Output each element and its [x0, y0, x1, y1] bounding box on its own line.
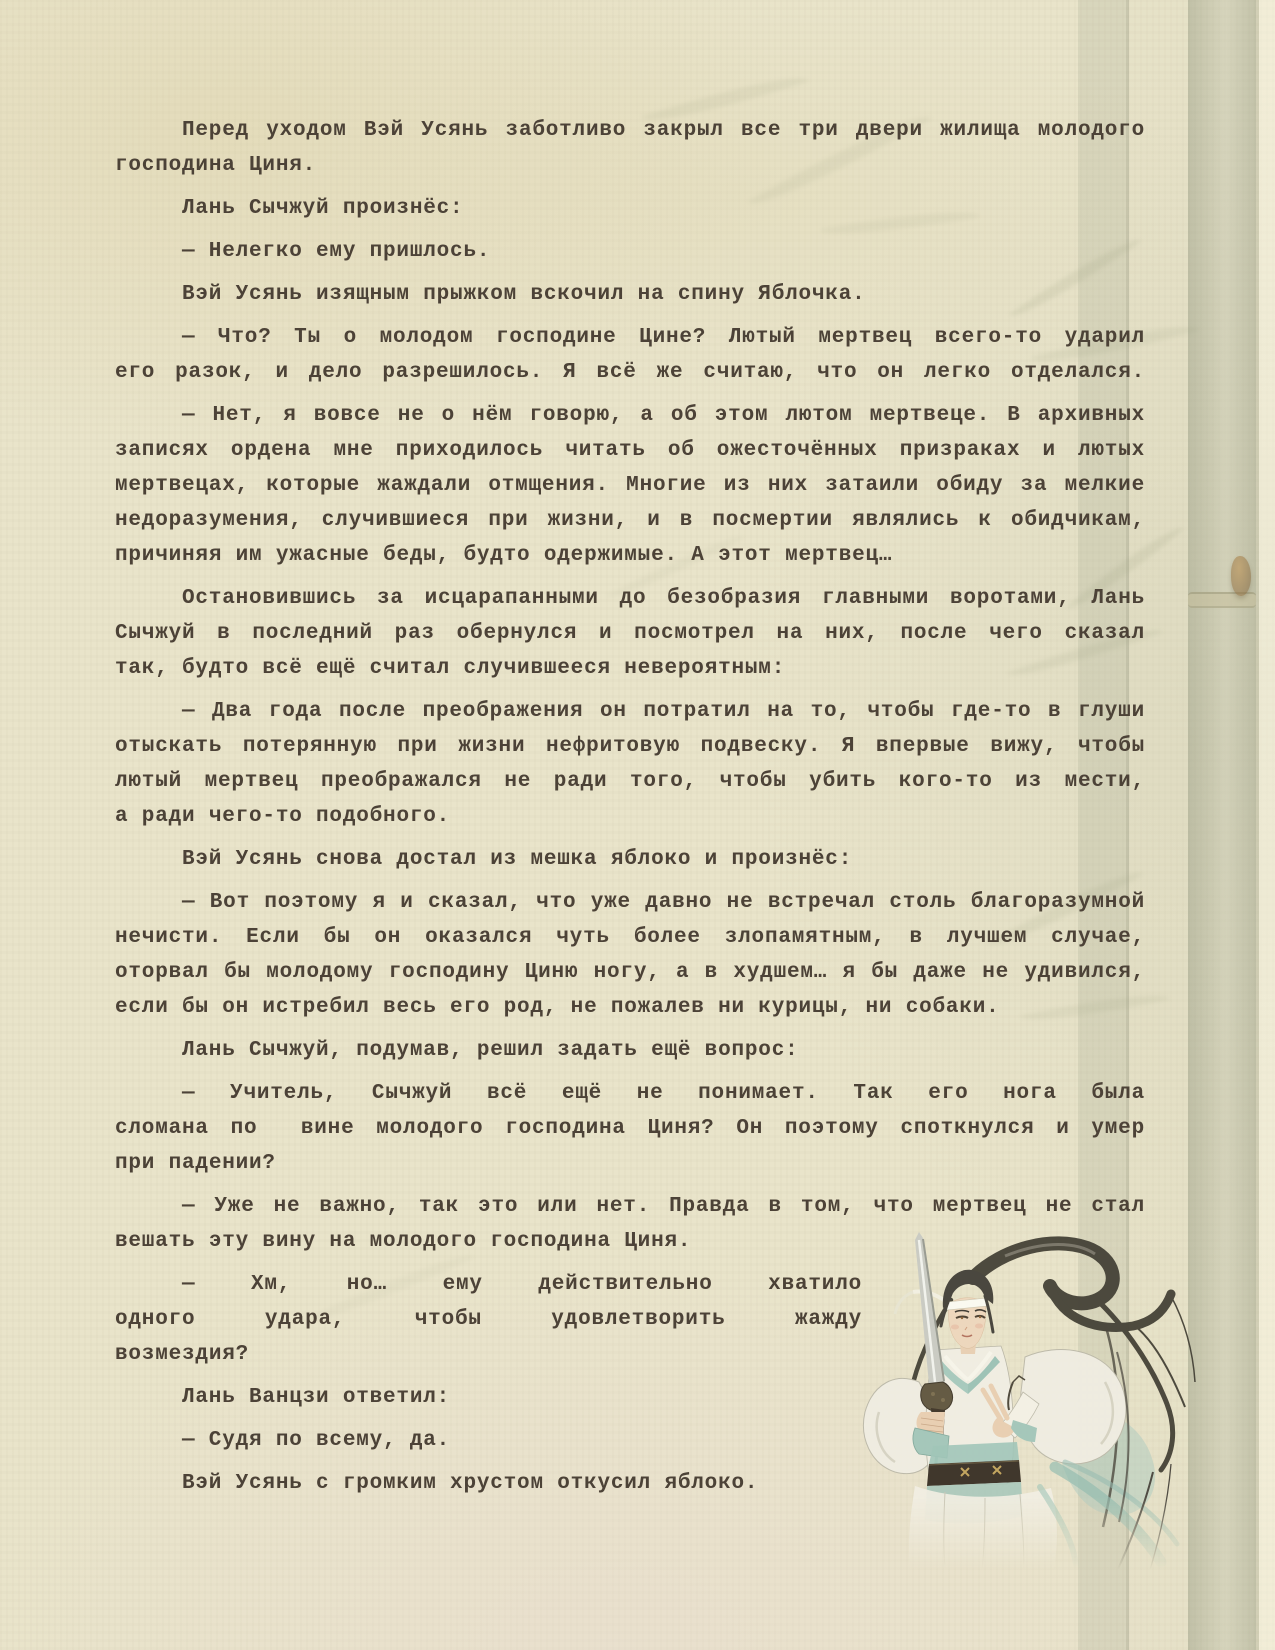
- paragraph: — Нелегко ему пришлось.: [115, 234, 1145, 269]
- paragraph: Лань Сычжуй, подумав, решил задать ещё в…: [115, 1033, 1145, 1068]
- text-line: — Учитель, Сычжуй всё ещё не понимает. Т…: [115, 1076, 1145, 1111]
- text-line: отыскать потерянную при жизни нефритовую…: [115, 729, 1145, 764]
- text-line: Лань Ванцзи ответил:: [115, 1380, 1145, 1415]
- text-line: Вэй Усянь с громким хрустом откусил ябло…: [115, 1466, 1145, 1501]
- paragraph: — Уже не важно, так это или нет. Правда …: [115, 1189, 1145, 1259]
- paragraph: Лань Ванцзи ответил:: [115, 1380, 1145, 1415]
- text-line: а ради чего-то подобного.: [115, 799, 1145, 834]
- text-line: господина Циня.: [115, 148, 1145, 183]
- text-line: если бы он истребил весь его род, не пож…: [115, 990, 1145, 1025]
- text-line: — Нелегко ему пришлось.: [115, 234, 1145, 269]
- bamboo-node: [1188, 592, 1256, 608]
- text-line: возмездия?: [115, 1337, 862, 1372]
- text-line: при падении?: [115, 1146, 1145, 1181]
- text-line: так, будто всё ещё считал случившееся не…: [115, 651, 1145, 686]
- paragraph: Вэй Усянь изящным прыжком вскочил на спи…: [115, 277, 1145, 312]
- text-line: Лань Сычжуй произнёс:: [115, 191, 1145, 226]
- text-line: записях ордена мне приходилось читать об…: [115, 433, 1145, 468]
- paragraph: — Два года после преображения он потрати…: [115, 694, 1145, 834]
- paragraph: — Учитель, Сычжуй всё ещё не понимает. Т…: [115, 1076, 1145, 1181]
- text-line: мертвецах, которые жаждали отмщения. Мно…: [115, 468, 1145, 503]
- text-line: — Нет, я вовсе не о нём говорю, а об это…: [115, 398, 1145, 433]
- book-page: Перед уходом Вэй Усянь заботливо закрыл …: [0, 0, 1275, 1650]
- paragraph: Остановившись за исцарапанными до безобр…: [115, 581, 1145, 686]
- text-line: оторвал бы молодому господину Циню ногу,…: [115, 955, 1145, 990]
- text-line: — Что? Ты о молодом господине Цине? Люты…: [115, 320, 1145, 355]
- paragraph: — Что? Ты о молодом господине Цине? Люты…: [115, 320, 1145, 390]
- text-line: Вэй Усянь снова достал из мешка яблоко и…: [115, 842, 1145, 877]
- text-line: — Хм, но… ему действительно хватило: [115, 1267, 862, 1302]
- bamboo-stalk-shading: [1188, 0, 1256, 1650]
- text-line: Перед уходом Вэй Усянь заботливо закрыл …: [115, 113, 1145, 148]
- text-line: нечисти. Если бы он оказался чуть более …: [115, 920, 1145, 955]
- text-line: — Уже не важно, так это или нет. Правда …: [115, 1189, 1145, 1224]
- text-line: — Два года после преображения он потрати…: [115, 694, 1145, 729]
- text-line: его разок, и дело разрешилось. Я всё же …: [115, 355, 1145, 390]
- paragraph: — Судя по всему, да.: [115, 1423, 1145, 1458]
- text-line: Сычжуй в последний раз обернулся и посмо…: [115, 616, 1145, 651]
- text-line: Остановившись за исцарапанными до безобр…: [115, 581, 1145, 616]
- paragraph: — Вот поэтому я и сказал, что уже давно …: [115, 885, 1145, 1025]
- text-line: Лань Сычжуй, подумав, решил задать ещё в…: [115, 1033, 1145, 1068]
- paragraph: Перед уходом Вэй Усянь заботливо закрыл …: [115, 113, 1145, 183]
- text-line: причиняя им ужасные беды, будто одержимы…: [115, 538, 1145, 573]
- bamboo-branch-knob: [1231, 556, 1251, 596]
- text-line: лютый мертвец преображался не ради того,…: [115, 764, 1145, 799]
- paragraph: — Хм, но… ему действительно хватилоодног…: [115, 1267, 1145, 1372]
- story-text: Перед уходом Вэй Усянь заботливо закрыл …: [115, 113, 1145, 1509]
- text-line: вешать эту вину на молодого господина Ци…: [115, 1224, 1145, 1259]
- text-line: сломана по вине молодого господина Циня?…: [115, 1111, 1145, 1146]
- paragraph: — Нет, я вовсе не о нём говорю, а об это…: [115, 398, 1145, 573]
- text-line: недоразумения, случившиеся при жизни, и …: [115, 503, 1145, 538]
- text-line: — Вот поэтому я и сказал, что уже давно …: [115, 885, 1145, 920]
- paragraph: Вэй Усянь снова достал из мешка яблоко и…: [115, 842, 1145, 877]
- text-line: Вэй Усянь изящным прыжком вскочил на спи…: [115, 277, 1145, 312]
- text-line: одного удара, чтобы удовлетворить жажду: [115, 1302, 862, 1337]
- text-line: — Судя по всему, да.: [115, 1423, 1145, 1458]
- paragraph: Лань Сычжуй произнёс:: [115, 191, 1145, 226]
- paragraph: Вэй Усянь с громким хрустом откусил ябло…: [115, 1466, 1145, 1501]
